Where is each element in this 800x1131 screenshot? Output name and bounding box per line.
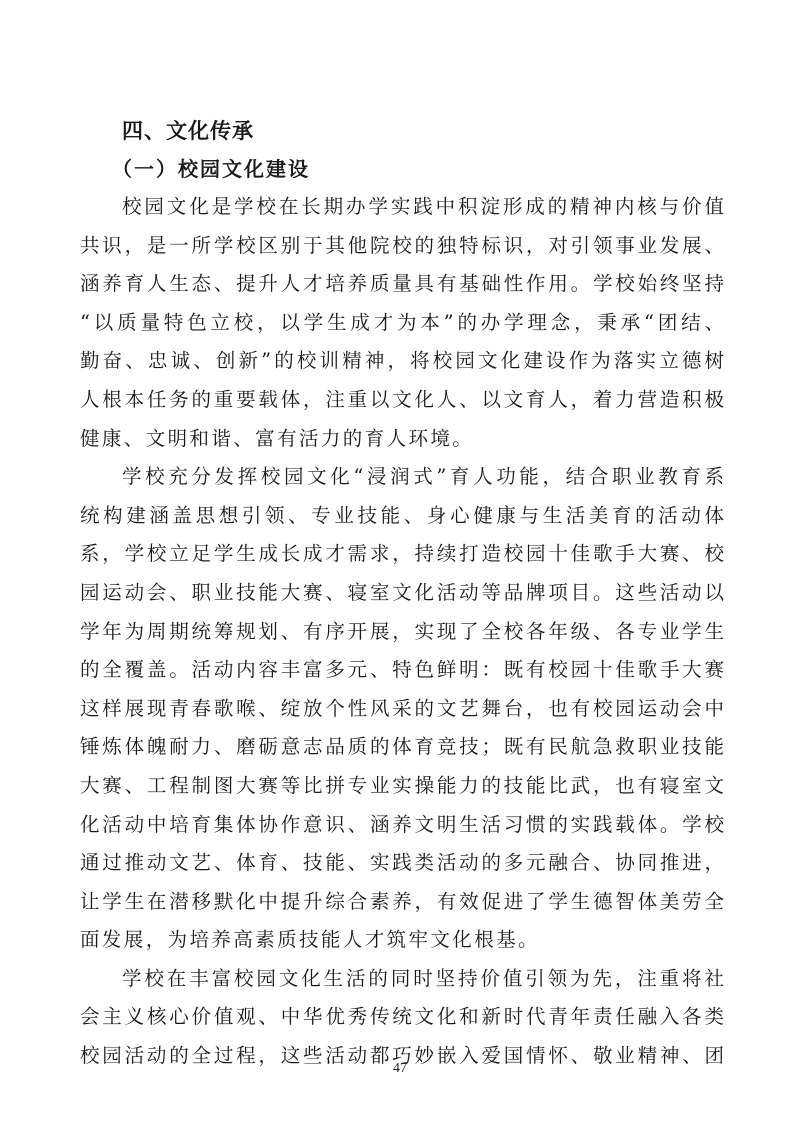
- text-line: 共识，是一所学校区别于其他院校的独特标识，对引领事业发展、: [80, 227, 724, 266]
- text-line: 涵养育人生态、提升人才培养质量具有基础性作用。学校始终坚持: [80, 265, 724, 304]
- text-line: 勤奋、忠诚、创新”的校训精神，将校园文化建设作为落实立德树: [80, 342, 724, 381]
- paragraph-1: 校园文化是学校在长期办学实践中积淀形成的精神内核与价值 共识，是一所学校区别于其…: [80, 188, 724, 458]
- paragraph-2: 学校充分发挥校园文化“浸润式”育人功能，结合职业教育系 统构建涵盖思想引领、专业…: [80, 458, 724, 960]
- section-heading: 四、文化传承: [80, 112, 724, 150]
- text-line: 统构建涵盖思想引领、专业技能、身心健康与生活美育的活动体: [80, 497, 724, 536]
- text-line: 让学生在潜移默化中提升综合素养，有效促进了学生德智体美劳全: [80, 883, 724, 922]
- text-line: 校园文化是学校在长期办学实践中积淀形成的精神内核与价值: [80, 188, 724, 227]
- document-page: 四、文化传承 （一）校园文化建设 校园文化是学校在长期办学实践中积淀形成的精神内…: [80, 112, 724, 1076]
- text-line: 学校在丰富校园文化生活的同时坚持价值引领为先，注重将社: [80, 960, 724, 999]
- text-line: 大赛、工程制图大赛等比拼专业实操能力的技能比武，也有寝室文: [80, 767, 724, 806]
- text-line: 通过推动文艺、体育、技能、实践类活动的多元融合、协同推进，: [80, 844, 724, 883]
- text-line: 的全覆盖。活动内容丰富多元、特色鲜明：既有校园十佳歌手大赛: [80, 651, 724, 690]
- page-number: 47: [0, 1061, 800, 1077]
- text-line: 这样展现青春歌喉、绽放个性风采的文艺舞台，也有校园运动会中: [80, 690, 724, 729]
- subsection-heading: （一）校园文化建设: [80, 150, 724, 188]
- text-line: 学校充分发挥校园文化“浸润式”育人功能，结合职业教育系: [80, 458, 724, 497]
- text-line: 健康、文明和谐、富有活力的育人环境。: [80, 420, 724, 459]
- text-line: 园运动会、职业技能大赛、寝室文化活动等品牌项目。这些活动以: [80, 574, 724, 613]
- paragraph-3: 学校在丰富校园文化生活的同时坚持价值引领为先，注重将社 会主义核心价值观、中华优…: [80, 960, 724, 1076]
- text-line: 系，学校立足学生成长成才需求，持续打造校园十佳歌手大赛、校: [80, 535, 724, 574]
- text-line: 学年为周期统筹规划、有序开展，实现了全校各年级、各专业学生: [80, 613, 724, 652]
- text-line: 锤炼体魄耐力、磨砺意志品质的体育竞技；既有民航急救职业技能: [80, 728, 724, 767]
- text-line: 面发展，为培养高素质技能人才筑牢文化根基。: [80, 921, 724, 960]
- text-line: 化活动中培育集体协作意识、涵养文明生活习惯的实践载体。学校: [80, 806, 724, 845]
- text-line: 人根本任务的重要载体，注重以文化人、以文育人，着力营造积极: [80, 381, 724, 420]
- text-line: 会主义核心价值观、中华优秀传统文化和新时代青年责任融入各类: [80, 998, 724, 1037]
- text-line: “以质量特色立校，以学生成才为本”的办学理念，秉承“团结、: [80, 304, 724, 343]
